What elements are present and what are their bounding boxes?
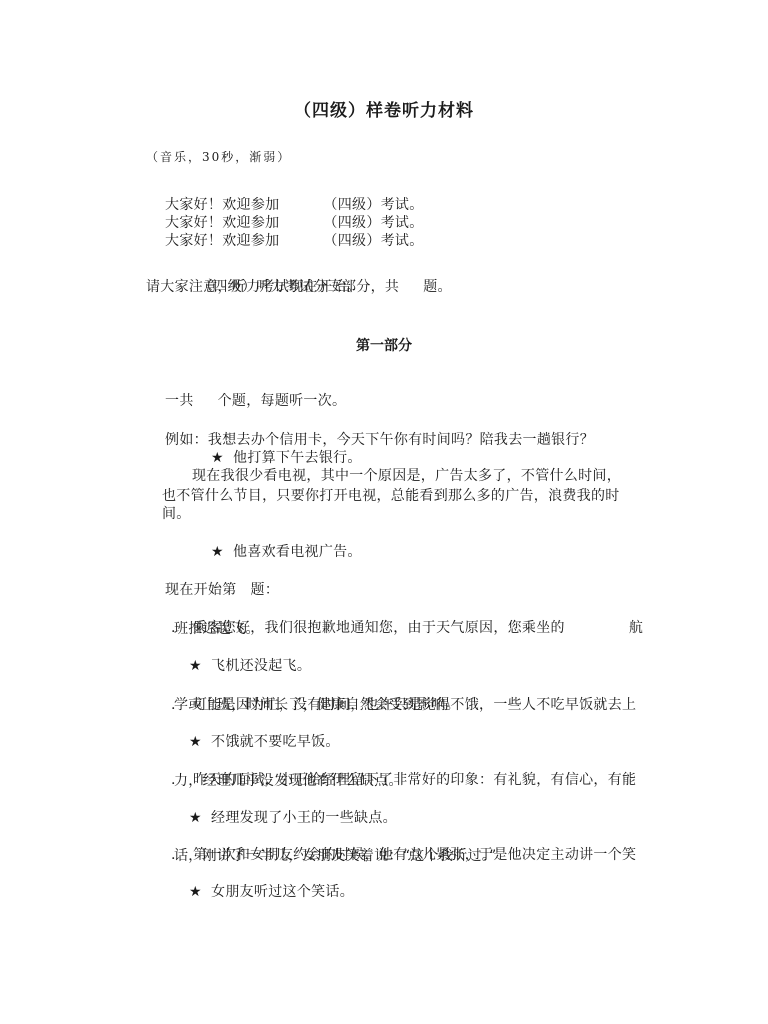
answer-text: 女朋友听过这个笑话。 [211,884,354,900]
question-text-end: 航 [629,620,643,636]
question-2-line-2: 学或上班，时间长了，健康自然会受到影响。 [174,696,460,714]
section-heading: 第一部分 [0,335,768,355]
answer-text: 他喜欢看电视广告。 [233,544,362,560]
star-icon: ★ [211,449,233,467]
star-icon: ★ [211,543,233,561]
question-4-answer: ★女朋友听过这个笑话。 [170,865,354,919]
example2-line: 现在我很少看电视，其中一个原因是，广告太多了，不管什么时间， [192,467,621,485]
answer-text: 他打算下午去银行。 [233,450,362,466]
start-text-end: 题： [251,582,280,598]
question-1-line-2: 班推迟起飞。 [174,620,260,638]
greeting-suffix: （四级）考试。 [323,233,423,249]
star-icon: ★ [189,657,211,675]
greeting-prefix: 大家好！欢迎参加 [165,233,279,249]
star-icon: ★ [189,883,211,901]
music-note: （音乐，30秒，渐弱） [146,148,291,166]
instruction-text-end: 个题，每题听一次。 [218,393,347,409]
document-title: （四级）样卷听力材料 [0,96,768,121]
question-3-line-2: 力，经理几乎没发现他有什么缺点。 [174,772,403,790]
start-text: 现在开始第 [165,582,237,598]
answer-text: 飞机还没起飞。 [211,658,311,674]
example2-line: 也不管什么节目，只要你打开电视，总能看到那么多的广告，浪费我的时 [162,487,620,505]
intro-line-2: 请大家注意，听力考试现在开始。 [146,278,361,296]
answer-text: 不饿就不要吃早饭。 [211,734,340,750]
answer-text: 经理发现了小王的一些缺点。 [211,810,397,826]
star-icon: ★ [189,733,211,751]
question-4-line-2: 话，刚讲了一半儿，女朋友笑着说：“这个我听过。” [174,847,497,865]
star-icon: ★ [189,809,211,827]
document-page: （四级）样卷听力材料 （音乐，30秒，渐弱） 大家好！欢迎参加（四级）考试。 大… [0,0,768,1024]
intro-text-end: 题。 [423,279,452,295]
example2-line: 间。 [162,505,191,523]
instruction-text: 一共 [165,393,194,409]
